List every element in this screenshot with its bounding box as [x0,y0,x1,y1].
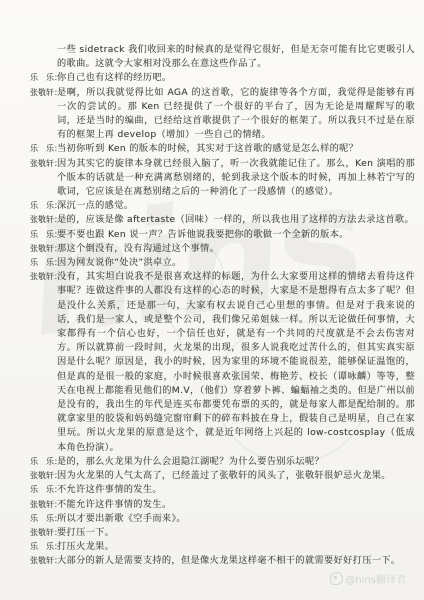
weibo-credit-watermark: @hins翻译君 [330,571,406,586]
utterance-text: 深沉一点的感觉。 [57,200,133,211]
speaker-label: 乐 乐： [30,199,57,213]
utterance-text: 所以才要出新歌《空手而来》。 [57,513,186,524]
speaker-label: 张敬轩： [30,213,57,227]
dialogue-line: 乐 乐：不允许这件事情的发生。 [30,483,415,497]
utterance-text: 不允许这件事情的发生。 [57,484,162,495]
utterance-text: 是的，应该是像 aftertaste（回味）一样的，所以我也用了这样的方法去录这… [57,214,414,225]
dialogue-line: 张敬轩：是的，应该是像 aftertaste（回味）一样的，所以我也用了这样的方… [30,213,415,227]
speaker-label: 乐 乐： [30,142,57,156]
dialogue-line: 乐 乐：是的，那么火龙果为什么会退隐江湖呢？为什么要告别乐坛呢？ [30,455,415,469]
utterance-text: 要不要也跟 Ken 说一声？告诉他说我要把你的歌做一个全新的版本。 [57,229,349,240]
dialogue-line: 乐 乐：打压火龙果。 [30,540,415,554]
dialogue-line: 乐 乐：当初你听到 Ken 的版本的时候，其实对于这首歌的感觉是怎么样的呢？ [30,142,415,156]
interview-scan-page: hins 一些 sidetrack 我们收回来的时候真的是觉得它很好，但是无奈可… [0,0,424,600]
dialogue-line: 乐 乐：要不要也跟 Ken 说一声？告诉他说我要把你的歌做一个全新的版本。 [30,228,415,242]
weibo-credit-text: @hins翻译君 [345,571,406,586]
speaker-label: 乐 乐： [30,455,57,469]
utterance-text: 因为网友说你“处决”洪卓立。 [57,257,182,268]
weibo-icon [330,572,343,585]
dialogue-line: 乐 乐：所以才要出新歌《空手而来》。 [30,512,415,526]
speaker-label: 张敬轩： [30,554,57,568]
utterance-text: 因为火龙果的人气太高了，已经盖过了张敬轩的风头了，张敬轩很妒忌火龙果。 [57,470,391,481]
speaker-label: 张敬轩： [30,498,57,512]
dialogue-line: 乐 乐：深沉一点的感觉。 [30,199,415,213]
utterance-text: 没有，其实坦白说我不是很喜欢这样的标题，为什么大家要用这样的情绪去看待这件事呢？… [57,271,415,452]
dialogue-line: 乐 乐：你自己也有这样的经历吧。 [30,71,415,85]
speaker-label: 张敬轩： [30,157,57,171]
dialogue-line: 张敬轩：那这个倒没有，没有沟通过这个事情。 [30,242,415,256]
utterance-text: 是的，那么火龙果为什么会退隐江湖呢？为什么要告别乐坛呢？ [57,456,324,467]
speaker-label: 乐 乐： [30,483,57,497]
dialogue-continuation-line: 一些 sidetrack 我们收回来的时候真的是觉得它很好，但是无奈可能有比它更… [30,43,415,71]
speaker-label: 张敬轩： [30,526,57,540]
utterance-text: 因为其实它的旋律本身就已经很入脑了，听一次我就能记住了。那么，Ken 演唱的那个… [57,158,415,197]
utterance-text: 不能允许这件事情的发生。 [57,499,171,510]
dialogue-line: 张敬轩：是啊，所以我就觉得比如 AGA 的这首歌，它的旋律等各个方面，我觉得是能… [30,86,415,143]
dialogue-line: 张敬轩：因为其实它的旋律本身就已经很入脑了，听一次我就能记住了。那么，Ken 演… [30,157,415,200]
utterance-text: 打压火龙果。 [57,541,114,552]
speaker-label: 乐 乐： [30,512,57,526]
speaker-label: 乐 乐： [30,540,57,554]
dialogue-line: 乐 乐：因为网友说你“处决”洪卓立。 [30,256,415,270]
speaker-label: 张敬轩： [30,270,57,284]
speaker-label: 张敬轩： [30,86,57,100]
dialogue-transcript: 一些 sidetrack 我们收回来的时候真的是觉得它很好，但是无奈可能有比它更… [30,43,415,569]
utterance-text: 那这个倒没有，没有沟通过这个事情。 [57,243,219,254]
speaker-label: 乐 乐： [30,228,57,242]
utterance-text: 当初你听到 Ken 的版本的时候，其实对于这首歌的感觉是怎么样的呢？ [57,143,358,154]
dialogue-line: 张敬轩：没有，其实坦白说我不是很喜欢这样的标题，为什么大家要用这样的情绪去看待这… [30,270,415,455]
dialogue-line: 张敬轩：要打压一下。 [30,526,415,540]
speaker-label: 张敬轩： [30,242,57,256]
dialogue-line: 张敬轩：不能允许这件事情的发生。 [30,498,415,512]
dialogue-line: 张敬轩：因为火龙果的人气太高了，已经盖过了张敬轩的风头了，张敬轩很妒忌火龙果。 [30,469,415,483]
utterance-text: 大部分的新人是需要支持的，但是像火龙果这样毫不相干的就需要好好打压一下。 [57,555,400,566]
utterance-text: 是啊，所以我就觉得比如 AGA 的这首歌，它的旋律等各个方面，我觉得是能够有再一… [57,87,415,141]
speaker-label: 乐 乐： [30,71,57,85]
dialogue-line: 张敬轩：大部分的新人是需要支持的，但是像火龙果这样毫不相干的就需要好好打压一下。 [30,554,415,568]
speaker-label: 乐 乐： [30,256,57,270]
utterance-text: 一些 sidetrack 我们收回来的时候真的是觉得它很好，但是无奈可能有比它更… [57,44,415,69]
speaker-label: 张敬轩： [30,469,57,483]
utterance-text: 你自己也有这样的经历吧。 [57,72,171,83]
utterance-text: 要打压一下。 [57,527,114,538]
